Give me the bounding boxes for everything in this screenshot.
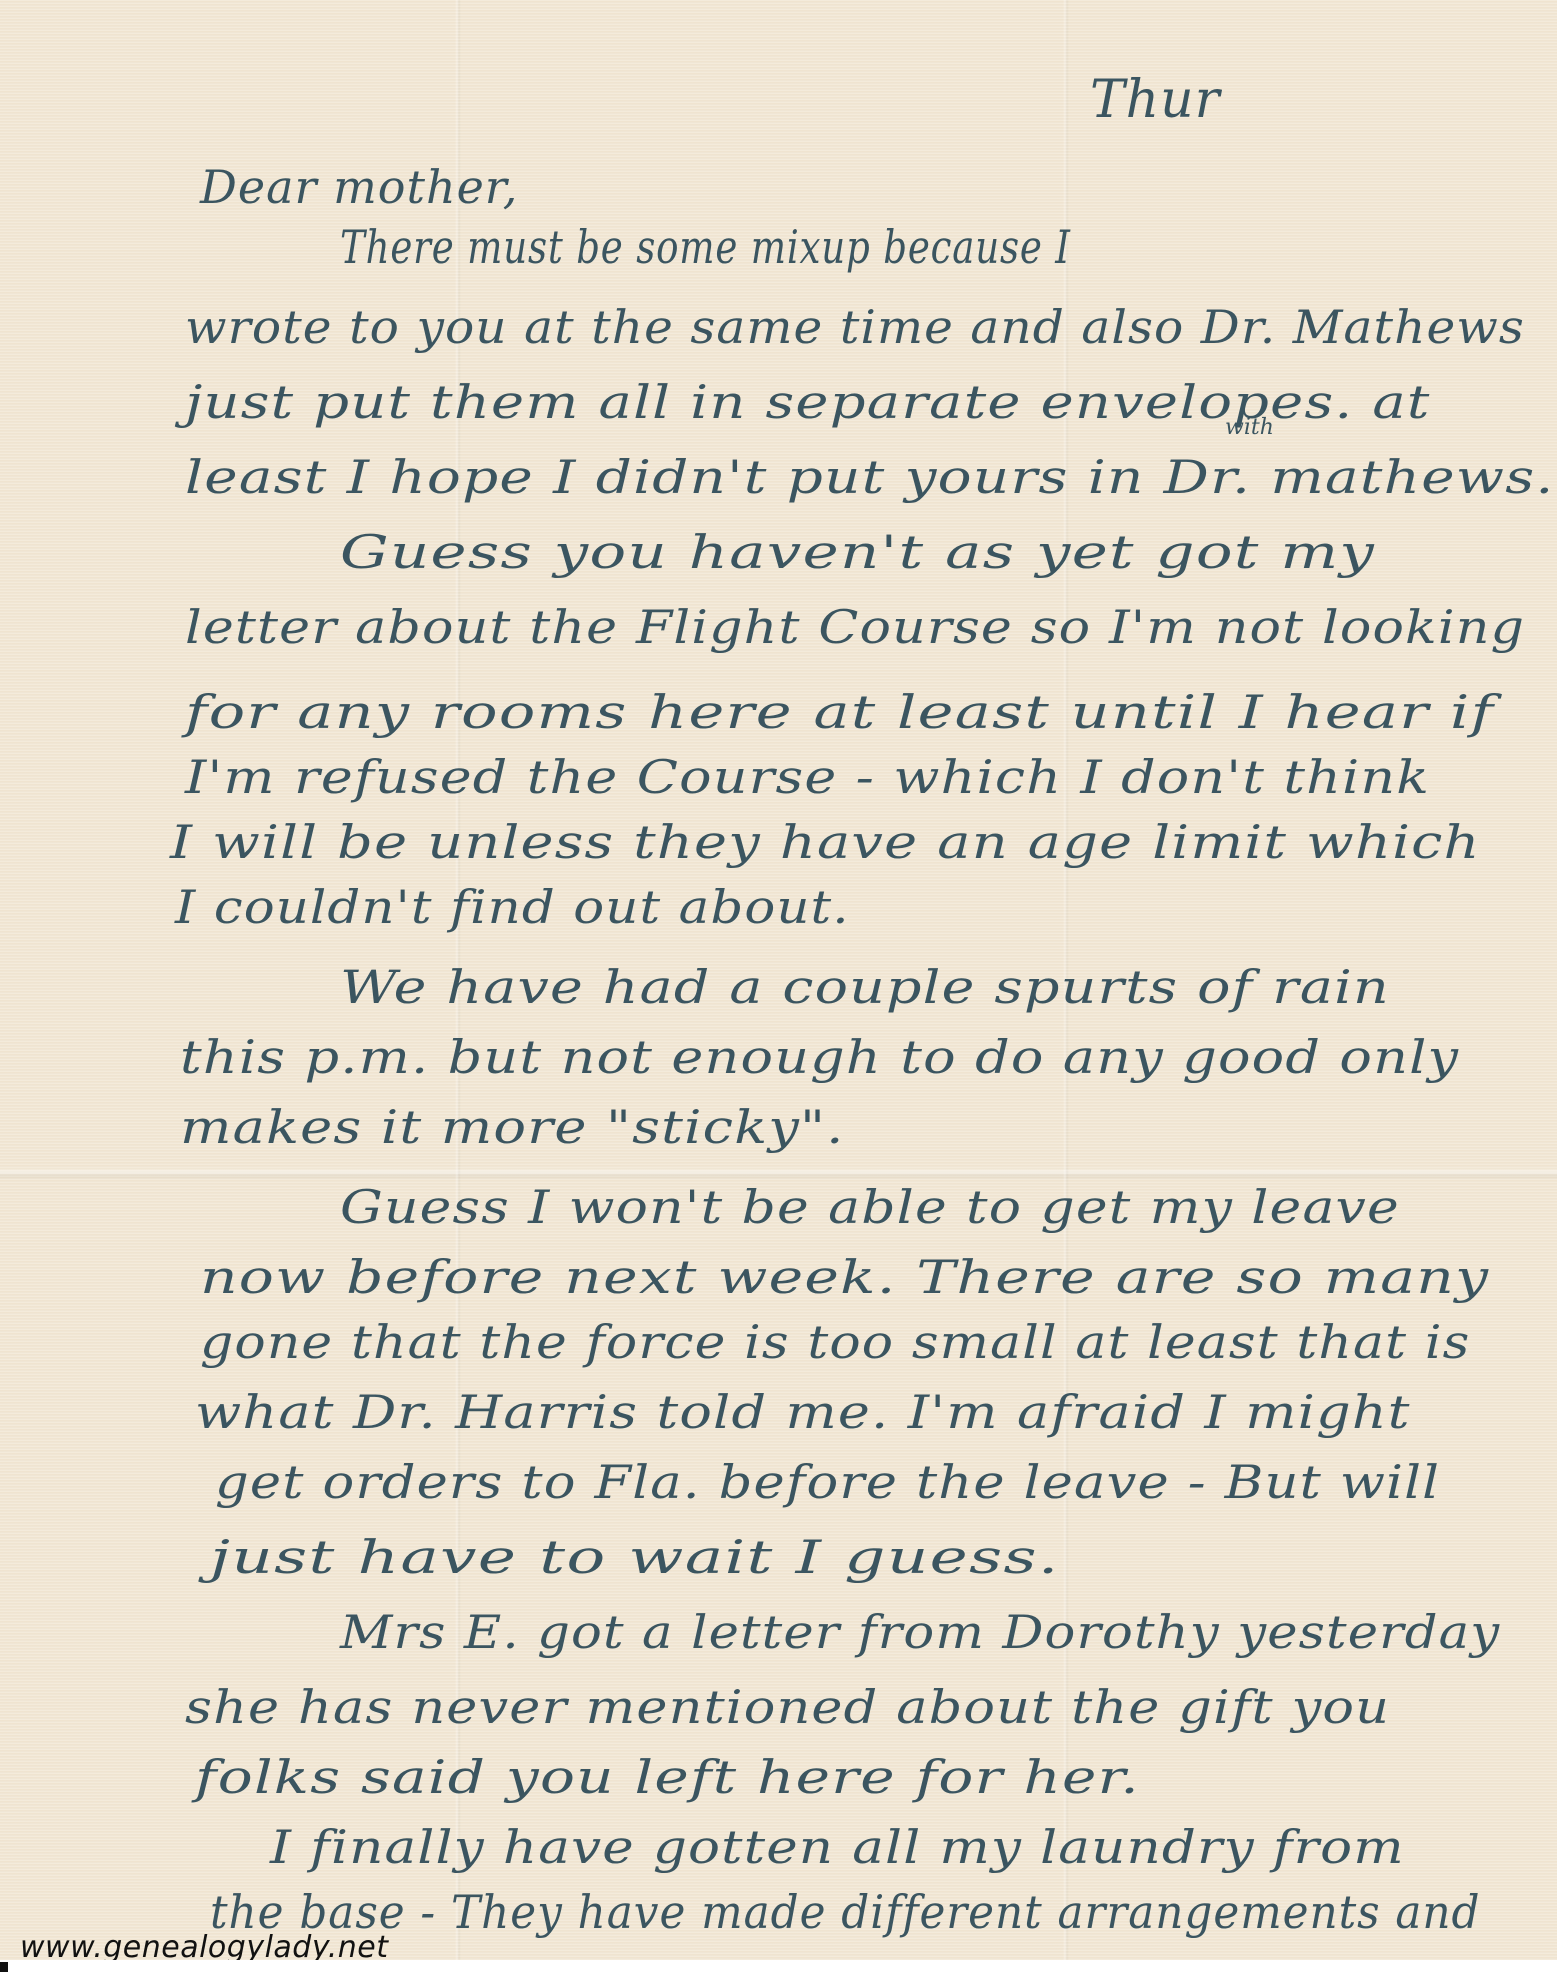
letter-line: the base - They have made different arra… <box>210 1885 1481 1939</box>
letter-line: There must be some mixup because I <box>340 220 1071 274</box>
letter-insertion: with <box>1225 415 1274 440</box>
letter-line: get orders to Fla. before the leave - Bu… <box>215 1455 1440 1509</box>
letter-line: now before next week. There are so many <box>200 1250 1489 1304</box>
letter-line: gone that the force is too small at leas… <box>200 1315 1470 1369</box>
letter-line: letter about the Flight Course so I'm no… <box>185 600 1525 654</box>
letter-line: just have to wait I guess. <box>210 1530 1060 1584</box>
letter-line: this p.m. but not enough to do any good … <box>180 1030 1459 1084</box>
letter-page: Thur Dear mother, There must be some mix… <box>0 0 1557 1960</box>
letter-line: We have had a couple spurts of rain <box>340 960 1390 1014</box>
letter-line: makes it more "sticky". <box>180 1100 845 1154</box>
letter-line: I finally have gotten all my laundry fro… <box>270 1820 1405 1874</box>
letter-line: she has never mentioned about the gift y… <box>185 1680 1390 1734</box>
letter-line: Guess you haven't as yet got my <box>340 525 1375 579</box>
letter-line: I will be unless they have an age limit … <box>170 815 1481 869</box>
letter-line: for any rooms here at least until I hear… <box>185 685 1494 739</box>
letter-salutation: Dear mother, <box>200 160 518 214</box>
letter-line: folks said you left here for her. <box>195 1750 1140 1804</box>
letter-line: I couldn't find out about. <box>175 880 850 934</box>
letter-date: Thur <box>1090 70 1221 130</box>
letter-line: Mrs E. got a letter from Dorothy yesterd… <box>340 1605 1500 1659</box>
letter-line: what Dr. Harris told me. I'm afraid I mi… <box>195 1385 1411 1439</box>
letter-line: I'm refused the Course - which I don't t… <box>185 750 1430 804</box>
letter-line: least I hope I didn't put yours in Dr. m… <box>185 450 1555 504</box>
bottom-border <box>0 1960 1557 1976</box>
corner-mark <box>0 1962 8 1972</box>
letter-line: wrote to you at the same time and also D… <box>185 300 1525 354</box>
letter-line: Guess I won't be able to get my leave <box>340 1180 1400 1234</box>
